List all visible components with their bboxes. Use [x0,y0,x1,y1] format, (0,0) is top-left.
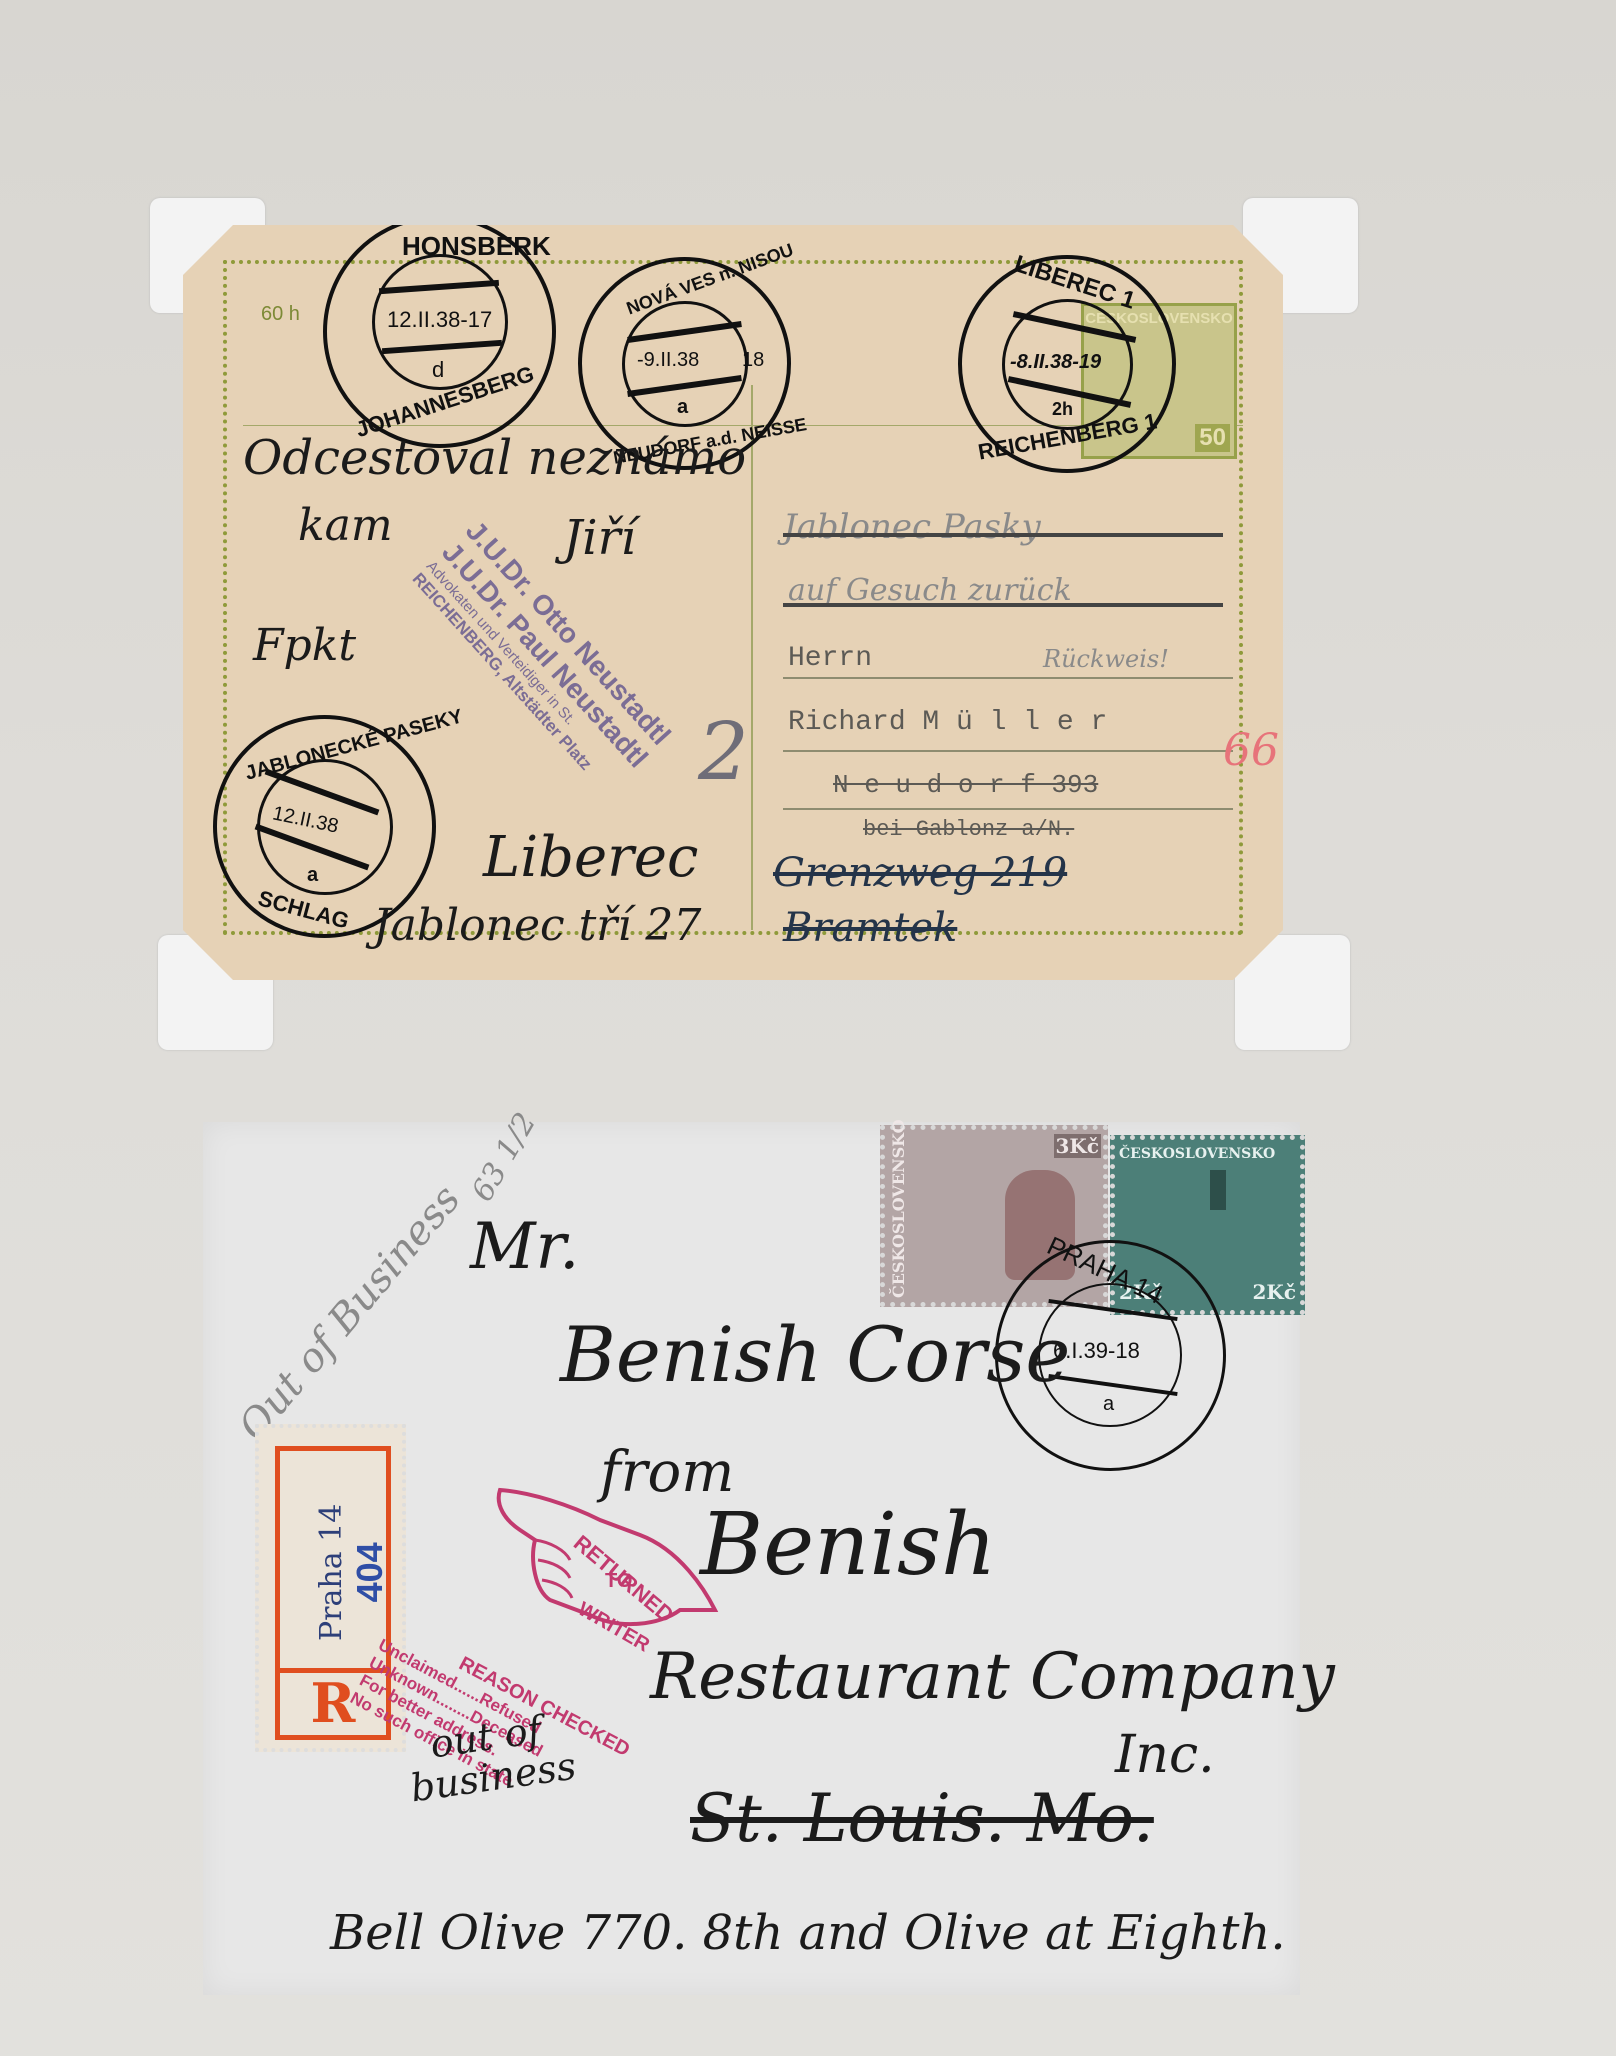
registration-office: Praha 14 [314,1504,349,1641]
address-town-struck: N e u d o r f 393 [833,770,1098,800]
registration-number: 404 [349,1504,391,1641]
pencil-note-1: Jablonec Pasky [783,507,1041,547]
imprint-value: 50 [1195,424,1230,452]
strike-line [783,603,1223,607]
address-street-struck: Grenzweg 219 [773,850,1067,896]
address-rule [783,677,1233,679]
address-region-struck: bei Gablonz a/N. [863,817,1074,842]
handwriting-line-3: Fpkt [253,620,356,671]
address-salutation: Herrn [788,643,872,674]
handwriting-line-1: Odcestoval neznámo [243,430,746,486]
pencil-mark-2: 2 [698,705,749,798]
address-line-inc: Inc. [1115,1725,1215,1785]
address-line-mr: Mr. [470,1210,579,1284]
address-line-forwarding: Bell Olive 770. 8th and Olive at Eighth. [330,1905,1286,1961]
pencil-note-3: Rückweis! [1043,645,1169,673]
handwriting-line-2: kam [298,500,393,551]
address-line-benish: Benish [700,1495,997,1595]
red-pencil-mark: 66 [1223,725,1279,776]
postmark-liberec: LIBEREC 1 -8.II.38-19 2h REICHENBERG 1 [958,255,1176,473]
postmark-johannesberg: HONSBERK 12.II.38-17 d JOHANNESBERG [323,215,556,448]
address-rule [783,808,1233,810]
strike-line [783,533,1223,537]
handwriting-jablonec: Jablonec tří 27 [373,900,701,951]
returned-to-writer-stamp: RETURNED TO WRITER [490,1480,720,1640]
card-value-label: 60 h [261,303,300,326]
address-name: Richard M ü l l e r [788,707,1107,738]
handwriting-signature: Jiří [563,510,636,566]
address-line-name: Benish Corse [560,1310,1070,1399]
address-extra-struck: Bramtek [783,905,957,951]
postcard: 60 h CESKOSLOVENSKO 50 HONSBERK 12.II.38… [183,225,1283,980]
address-line-company: Restaurant Company [650,1640,1335,1714]
address-divider [751,385,753,930]
address-rule [783,750,1233,752]
handwriting-liberec: Liberec [483,825,698,890]
address-line-city-struck: St. Louis. Mo. [690,1780,1154,1857]
